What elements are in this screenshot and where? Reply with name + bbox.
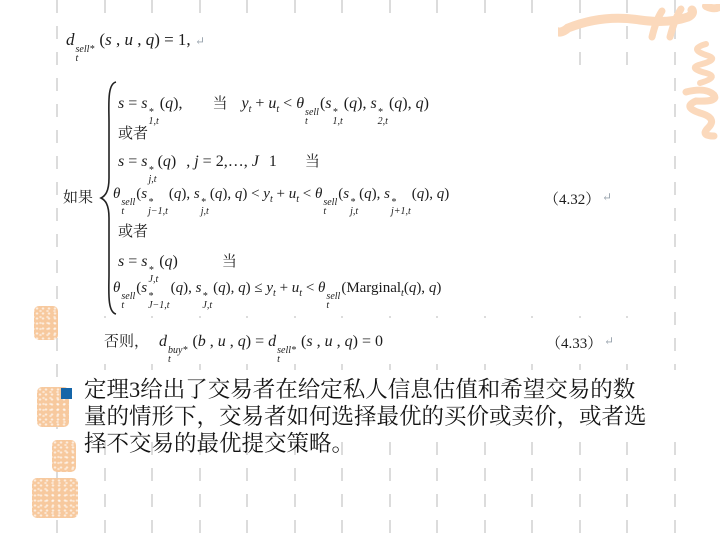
seal-stamp-icon bbox=[32, 478, 78, 518]
system-or-label-2: 或者 bbox=[118, 220, 148, 241]
calligraphy-watermark-top bbox=[548, 4, 720, 44]
seal-script-watermark-right bbox=[678, 40, 720, 140]
condition-if-label: 如果 bbox=[63, 186, 93, 207]
system-line-3: θsellt(s*j−1,t(q), s*j,t(q), q) < yt + u… bbox=[113, 186, 449, 216]
seal-stamp-icon bbox=[52, 440, 76, 472]
equation-otherwise: 否则，dbuy*t(b , u , q) = dsell*t(s , u , q… bbox=[104, 330, 383, 364]
system-or-label-1: 或者 bbox=[118, 122, 148, 143]
return-mark: ↵ bbox=[602, 190, 612, 205]
bullet-marker bbox=[61, 388, 72, 399]
system-line-1: s = s*1,t(q),当yt + ut < θsellt(s*1,t(q),… bbox=[118, 92, 429, 126]
slide-canvas: dsell*t(s , u , q) = 1, ↵ 如果 s = s*1,t(q… bbox=[0, 0, 720, 540]
equation-number-432: （4.32） bbox=[544, 188, 600, 209]
equation-number-433: （4.33） bbox=[546, 332, 602, 353]
system-line-5: θsellt(s*J−1,t(q), s*J,t(q), q) ≤ yt + u… bbox=[113, 280, 441, 310]
equation-d-sell-equals-1: dsell*t(s , u , q) = 1, ↵ bbox=[66, 30, 205, 63]
system-line-2: s = s*j,t(q), j = 2,…, J1当 bbox=[118, 150, 320, 184]
system-line-4: s = s*J,t(q)当 bbox=[118, 250, 237, 284]
paragraph-line: 择不交易的最优提交策略。 bbox=[84, 430, 354, 457]
return-mark: ↵ bbox=[604, 334, 614, 349]
paragraph-line: 量的情形下，交易者如何选择最优的买价或卖价，或者选 bbox=[84, 403, 647, 430]
dashed-guide-line bbox=[674, 0, 676, 540]
paragraph-line: 定理3给出了交易者在给定私人信息估值和希望交易的数 bbox=[84, 376, 635, 403]
seal-stamp-icon bbox=[34, 306, 58, 340]
